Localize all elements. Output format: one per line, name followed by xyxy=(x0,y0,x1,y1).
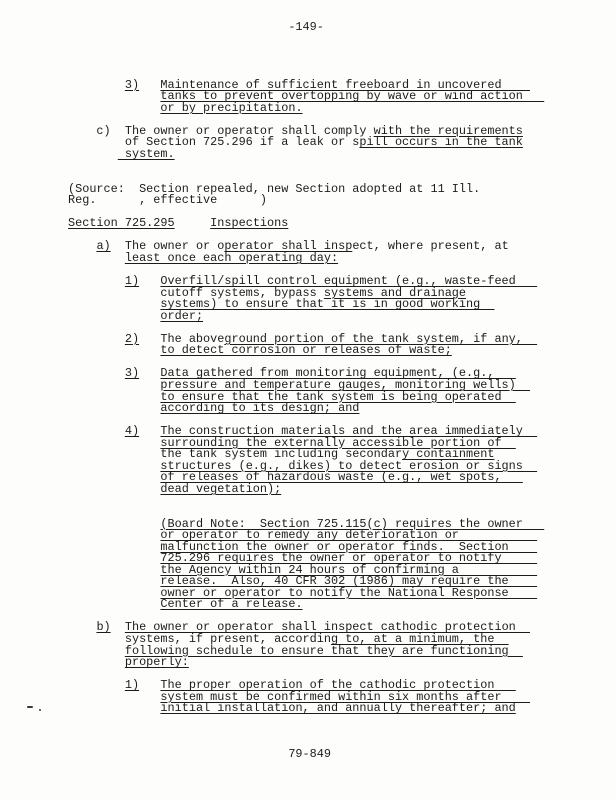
plain-text xyxy=(68,343,160,357)
text-line xyxy=(68,726,544,738)
footer-number: 79-849 xyxy=(68,749,544,761)
underlined-text: according to its design; and xyxy=(160,401,359,415)
scan-artifact xyxy=(27,706,33,708)
text-line xyxy=(68,715,544,727)
text-line: least once each operating day: xyxy=(68,253,544,265)
text-line: dead vegetation); xyxy=(68,484,544,496)
text-line: according to its design; and xyxy=(68,403,544,415)
document-body: -149- 3) Maintenance of sufficient freeb… xyxy=(68,22,544,761)
plain-text xyxy=(68,309,160,323)
page-number: -149- xyxy=(68,22,544,34)
plain-text: ect, where present, at xyxy=(352,239,508,253)
underlined-text: dead vegetation); xyxy=(160,482,281,496)
text-line xyxy=(68,495,544,507)
plain-text: Reg. , effective ) xyxy=(68,193,267,207)
underlined-text: Section 725.295 xyxy=(68,216,175,230)
underlined-text: Inspections xyxy=(210,216,288,230)
plain-text xyxy=(68,251,125,265)
underlined-text: least once each operating day: xyxy=(125,251,338,265)
plain-text: 79-849 xyxy=(68,747,331,761)
text-line xyxy=(68,161,544,173)
plain-text xyxy=(68,401,160,415)
section-heading: Section 725.295 Inspections xyxy=(68,218,544,230)
text-line: initial installation, and annually there… xyxy=(68,703,544,715)
plain-text xyxy=(68,655,125,669)
underlined-text: systems) to ensure that it is in good wo… xyxy=(160,297,494,311)
board-note: Center of a release. xyxy=(68,599,544,611)
plain-text xyxy=(68,101,160,115)
text-line xyxy=(68,34,544,46)
underlined-text: pill occurs in the tank xyxy=(359,135,522,149)
text-line: to detect corrosion or releases of waste… xyxy=(68,345,544,357)
text-line: order; xyxy=(68,311,544,323)
text-line: properly: xyxy=(68,657,544,669)
plain-text xyxy=(175,216,211,230)
text-line: or by precipitation. xyxy=(68,103,544,115)
underlined-text: to detect corrosion or releases of waste… xyxy=(160,343,451,357)
text-line xyxy=(68,45,544,57)
scan-artifact xyxy=(39,709,41,711)
underlined-text: order; xyxy=(160,309,203,323)
plain-text xyxy=(68,482,160,496)
underlined-text: properly: xyxy=(125,655,189,669)
plain-text xyxy=(68,597,160,611)
plain-text xyxy=(68,701,160,715)
underlined-text: or by precipitation. xyxy=(160,101,302,115)
plain-text: -149- xyxy=(68,20,324,34)
plain-text xyxy=(68,147,118,161)
underlined-text: initial installation, and annually there… xyxy=(160,701,515,715)
underlined-text: system. xyxy=(118,147,175,161)
text-line: system. xyxy=(68,149,544,161)
source-note: Reg. , effective ) xyxy=(68,195,544,207)
underlined-text: Center of a release. xyxy=(160,597,302,611)
text-line xyxy=(68,57,544,69)
document-page: -149- 3) Maintenance of sufficient freeb… xyxy=(0,0,616,800)
